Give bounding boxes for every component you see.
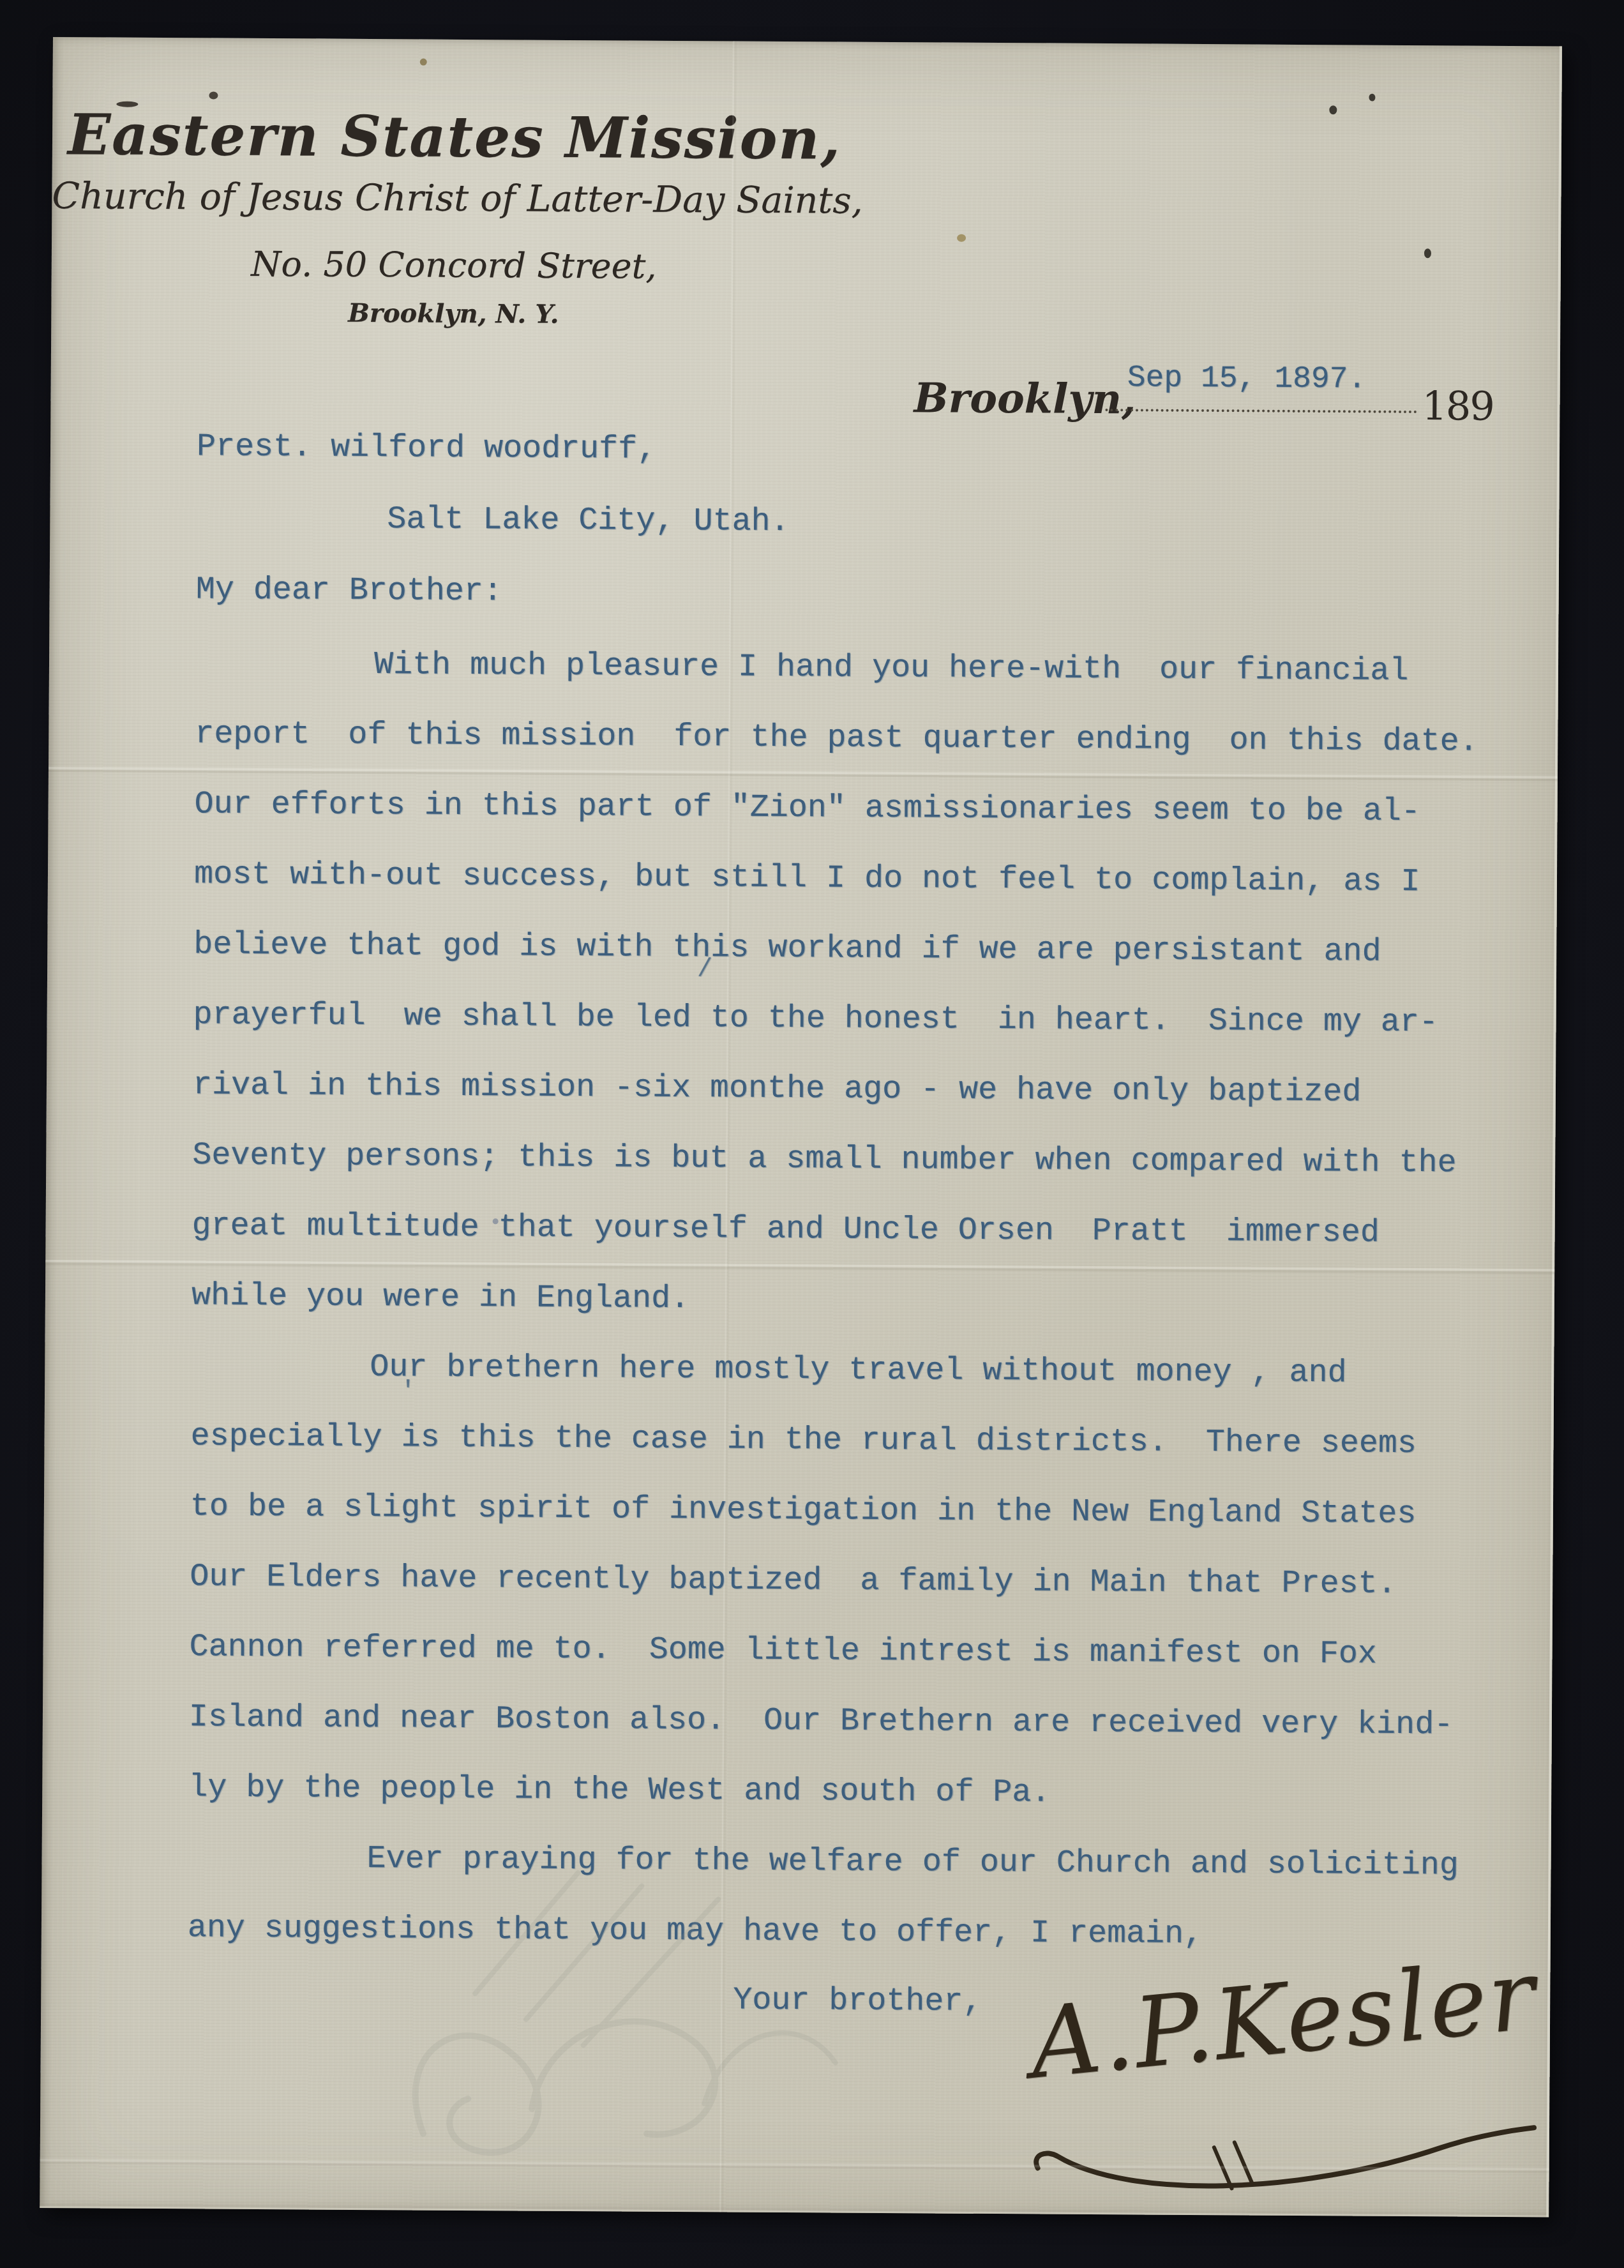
fold-crease-middle	[45, 1260, 1554, 1274]
ink-speck	[116, 102, 138, 107]
letterhead-church-name: Church of Jesus Christ of Latter-Day Sai…	[52, 175, 856, 222]
ink-speck	[209, 91, 218, 99]
typed-line: to be a slight spirit of investigation i…	[190, 1488, 1417, 1532]
typed-line: Island and near Boston also. Our Brether…	[189, 1699, 1454, 1743]
letterhead-city: Brooklyn, N. Y.	[51, 296, 855, 331]
signature-text: A.P.Kesler	[1025, 1938, 1542, 2101]
typed-line: Ever praying for the welfare of our Chur…	[366, 1841, 1459, 1884]
typed-line: Seventy persons; this is but a small num…	[192, 1137, 1457, 1181]
typed-line: prayerful we shall be led to the honest …	[193, 997, 1438, 1041]
ink-speck	[1424, 248, 1431, 258]
letter-page: Eastern States Mission, Church of Jesus …	[40, 37, 1562, 2217]
typed-line: most with-out success, but still I do no…	[194, 856, 1420, 900]
ink-speck	[957, 234, 966, 242]
stray-ink-mark: /	[697, 955, 712, 984]
dateline-year-prefix: 189	[1422, 382, 1494, 430]
fold-crease-upper	[49, 767, 1558, 781]
typed-line: report of this mission for the past quar…	[195, 716, 1478, 760]
ink-speck	[1329, 105, 1337, 114]
fold-crease-vertical	[719, 42, 737, 2212]
typed-line: Our efforts in this part of "Zion" asmis…	[194, 786, 1420, 830]
ink-speck	[420, 59, 427, 66]
typed-line: Salt Lake City, Utah.	[387, 501, 789, 540]
typed-line: Our brethern here mostly travel without …	[370, 1349, 1347, 1391]
dateline-dotted-rule	[1105, 382, 1417, 413]
typed-line: believe that god is with this workand if…	[193, 926, 1381, 970]
ink-speck	[493, 1218, 499, 1224]
typed-line: especially is this the case in the rural…	[190, 1418, 1417, 1462]
fold-crease-lower	[40, 2159, 1549, 2173]
letterhead-mission-name: Eastern States Mission,	[52, 101, 857, 172]
typed-line: Cannon referred me to. Some little intre…	[189, 1629, 1377, 1672]
typed-line: great multitude that yourself and Uncle …	[192, 1207, 1380, 1251]
stray-marks: '/	[53, 37, 1562, 46]
typed-line: With much pleasure I hand you here-with …	[374, 647, 1409, 690]
typed-line: while you were in England.	[192, 1278, 689, 1317]
scanned-letter-background: Eastern States Mission, Church of Jesus …	[0, 0, 1624, 2268]
dateline-place-label: Brooklyn,	[913, 374, 1136, 423]
typed-line: any suggestions that you may have to off…	[188, 1910, 1203, 1953]
ink-speck	[1369, 94, 1375, 102]
typed-line: Our Elders have recently baptized a fami…	[190, 1559, 1397, 1603]
stray-ink-mark: '	[400, 1377, 416, 1406]
typed-line: ly by the people in the West and south o…	[188, 1769, 1051, 1811]
typed-line: Prest. wilford woodruff,	[197, 428, 656, 467]
typed-line: rival in this mission -six monthe ago - …	[193, 1067, 1362, 1110]
letter-body: Prest. wilford woodruff,Salt Lake City, …	[53, 37, 1562, 46]
typed-line: Your brother,	[733, 1983, 982, 2020]
typed-line: My dear Brother:	[196, 571, 502, 610]
ink-specks	[53, 37, 1562, 46]
signature-flourish	[1026, 2118, 1544, 2211]
letterhead-street-address: No. 50 Concord Street,	[52, 243, 856, 288]
